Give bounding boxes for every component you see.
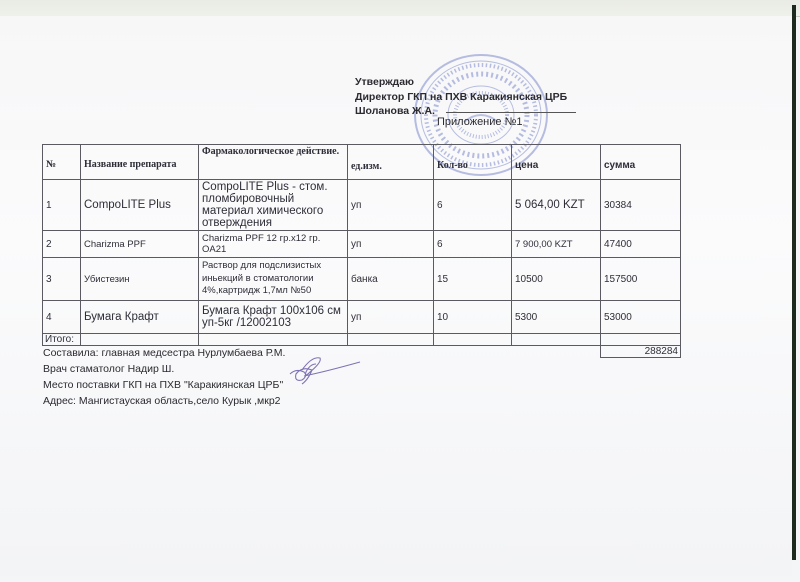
cell-price: 5 064,00 KZT	[512, 180, 601, 231]
cell-name: CompoLITE Plus	[81, 180, 199, 231]
cell-qty: 6	[434, 180, 512, 231]
approve-position: Директор ГКП на ПХВ Каракиянская ЦРБ	[355, 90, 567, 105]
col-header-action: Фармакологическое действие.	[199, 145, 348, 180]
cell-name: Убистезин	[81, 258, 199, 301]
footer-block: Составила: главная медсестра Нурлумбаева…	[43, 345, 285, 409]
cell-price: 5300	[512, 301, 601, 334]
cell-price: 10500	[512, 258, 601, 301]
table-row: 3 Убистезин Раствор для подслизистых инь…	[43, 258, 681, 301]
cell-num: 1	[43, 180, 81, 231]
signature-line	[446, 112, 576, 113]
col-header-qty: Кол-во	[434, 145, 512, 180]
total-label-row: Итого:	[43, 334, 681, 346]
cell-action: Charizma PPF 12 гр.x12 гр. OA21	[199, 231, 348, 258]
cell-sum: 47400	[601, 231, 681, 258]
cell-name: Charizma PPF	[81, 231, 199, 258]
approve-title: Утверждаю	[355, 75, 567, 90]
table-row: 2 Charizma PPF Charizma PPF 12 гр.x12 гр…	[43, 231, 681, 258]
total-label: Итого:	[43, 334, 81, 346]
col-header-name: Название препарата	[81, 145, 199, 180]
col-header-price: цена	[512, 145, 601, 180]
cell-sum: 30384	[601, 180, 681, 231]
footer-compiled-by: Составила: главная медсестра Нурлумбаева…	[43, 345, 285, 361]
cell-unit: уп	[348, 180, 434, 231]
table-header-row: № Название препарата Фармакологическое д…	[43, 145, 681, 180]
cell-unit: банка	[348, 258, 434, 301]
cell-qty: 10	[434, 301, 512, 334]
cell-num: 3	[43, 258, 81, 301]
cell-unit: уп	[348, 231, 434, 258]
col-header-sum: сумма	[601, 145, 681, 180]
footer-delivery-place: Место поставки ГКП на ПХВ "Каракиянская …	[43, 377, 285, 393]
scan-top-edge	[0, 0, 800, 17]
footer-address: Адрес: Мангистауская область,село Курык …	[43, 393, 285, 409]
cell-name: Бумага Крафт	[81, 301, 199, 334]
cell-sum: 53000	[601, 301, 681, 334]
table-row: 1 CompoLITE Plus CompoLITE Plus - стом. …	[43, 180, 681, 231]
cell-sum: 157500	[601, 258, 681, 301]
cell-qty: 6	[434, 231, 512, 258]
col-header-num: №	[43, 145, 81, 180]
cell-action: Бумага Крафт 100х106 см уп-5кг /12002103	[199, 301, 348, 334]
items-table: № Название препарата Фармакологическое д…	[42, 144, 681, 358]
total-value: 288284	[601, 346, 681, 358]
cell-action: CompoLITE Plus - стом. пломбировочный ма…	[199, 180, 348, 231]
cell-unit: уп	[348, 301, 434, 334]
table-row: 4 Бумага Крафт Бумага Крафт 100х106 см у…	[43, 301, 681, 334]
footer-doctor: Врач стаматолог Надир Ш.	[43, 361, 285, 377]
handwritten-signature-icon	[282, 352, 362, 392]
col-header-unit: ед.изм.	[348, 145, 434, 180]
cell-qty: 15	[434, 258, 512, 301]
appendix-label: Приложение №1	[437, 116, 523, 128]
cell-price: 7 900,00 KZT	[512, 231, 601, 258]
scan-right-edge	[792, 5, 796, 560]
cell-action: Раствор для подслизистых иньекций в стом…	[199, 258, 348, 301]
cell-num: 2	[43, 231, 81, 258]
cell-num: 4	[43, 301, 81, 334]
